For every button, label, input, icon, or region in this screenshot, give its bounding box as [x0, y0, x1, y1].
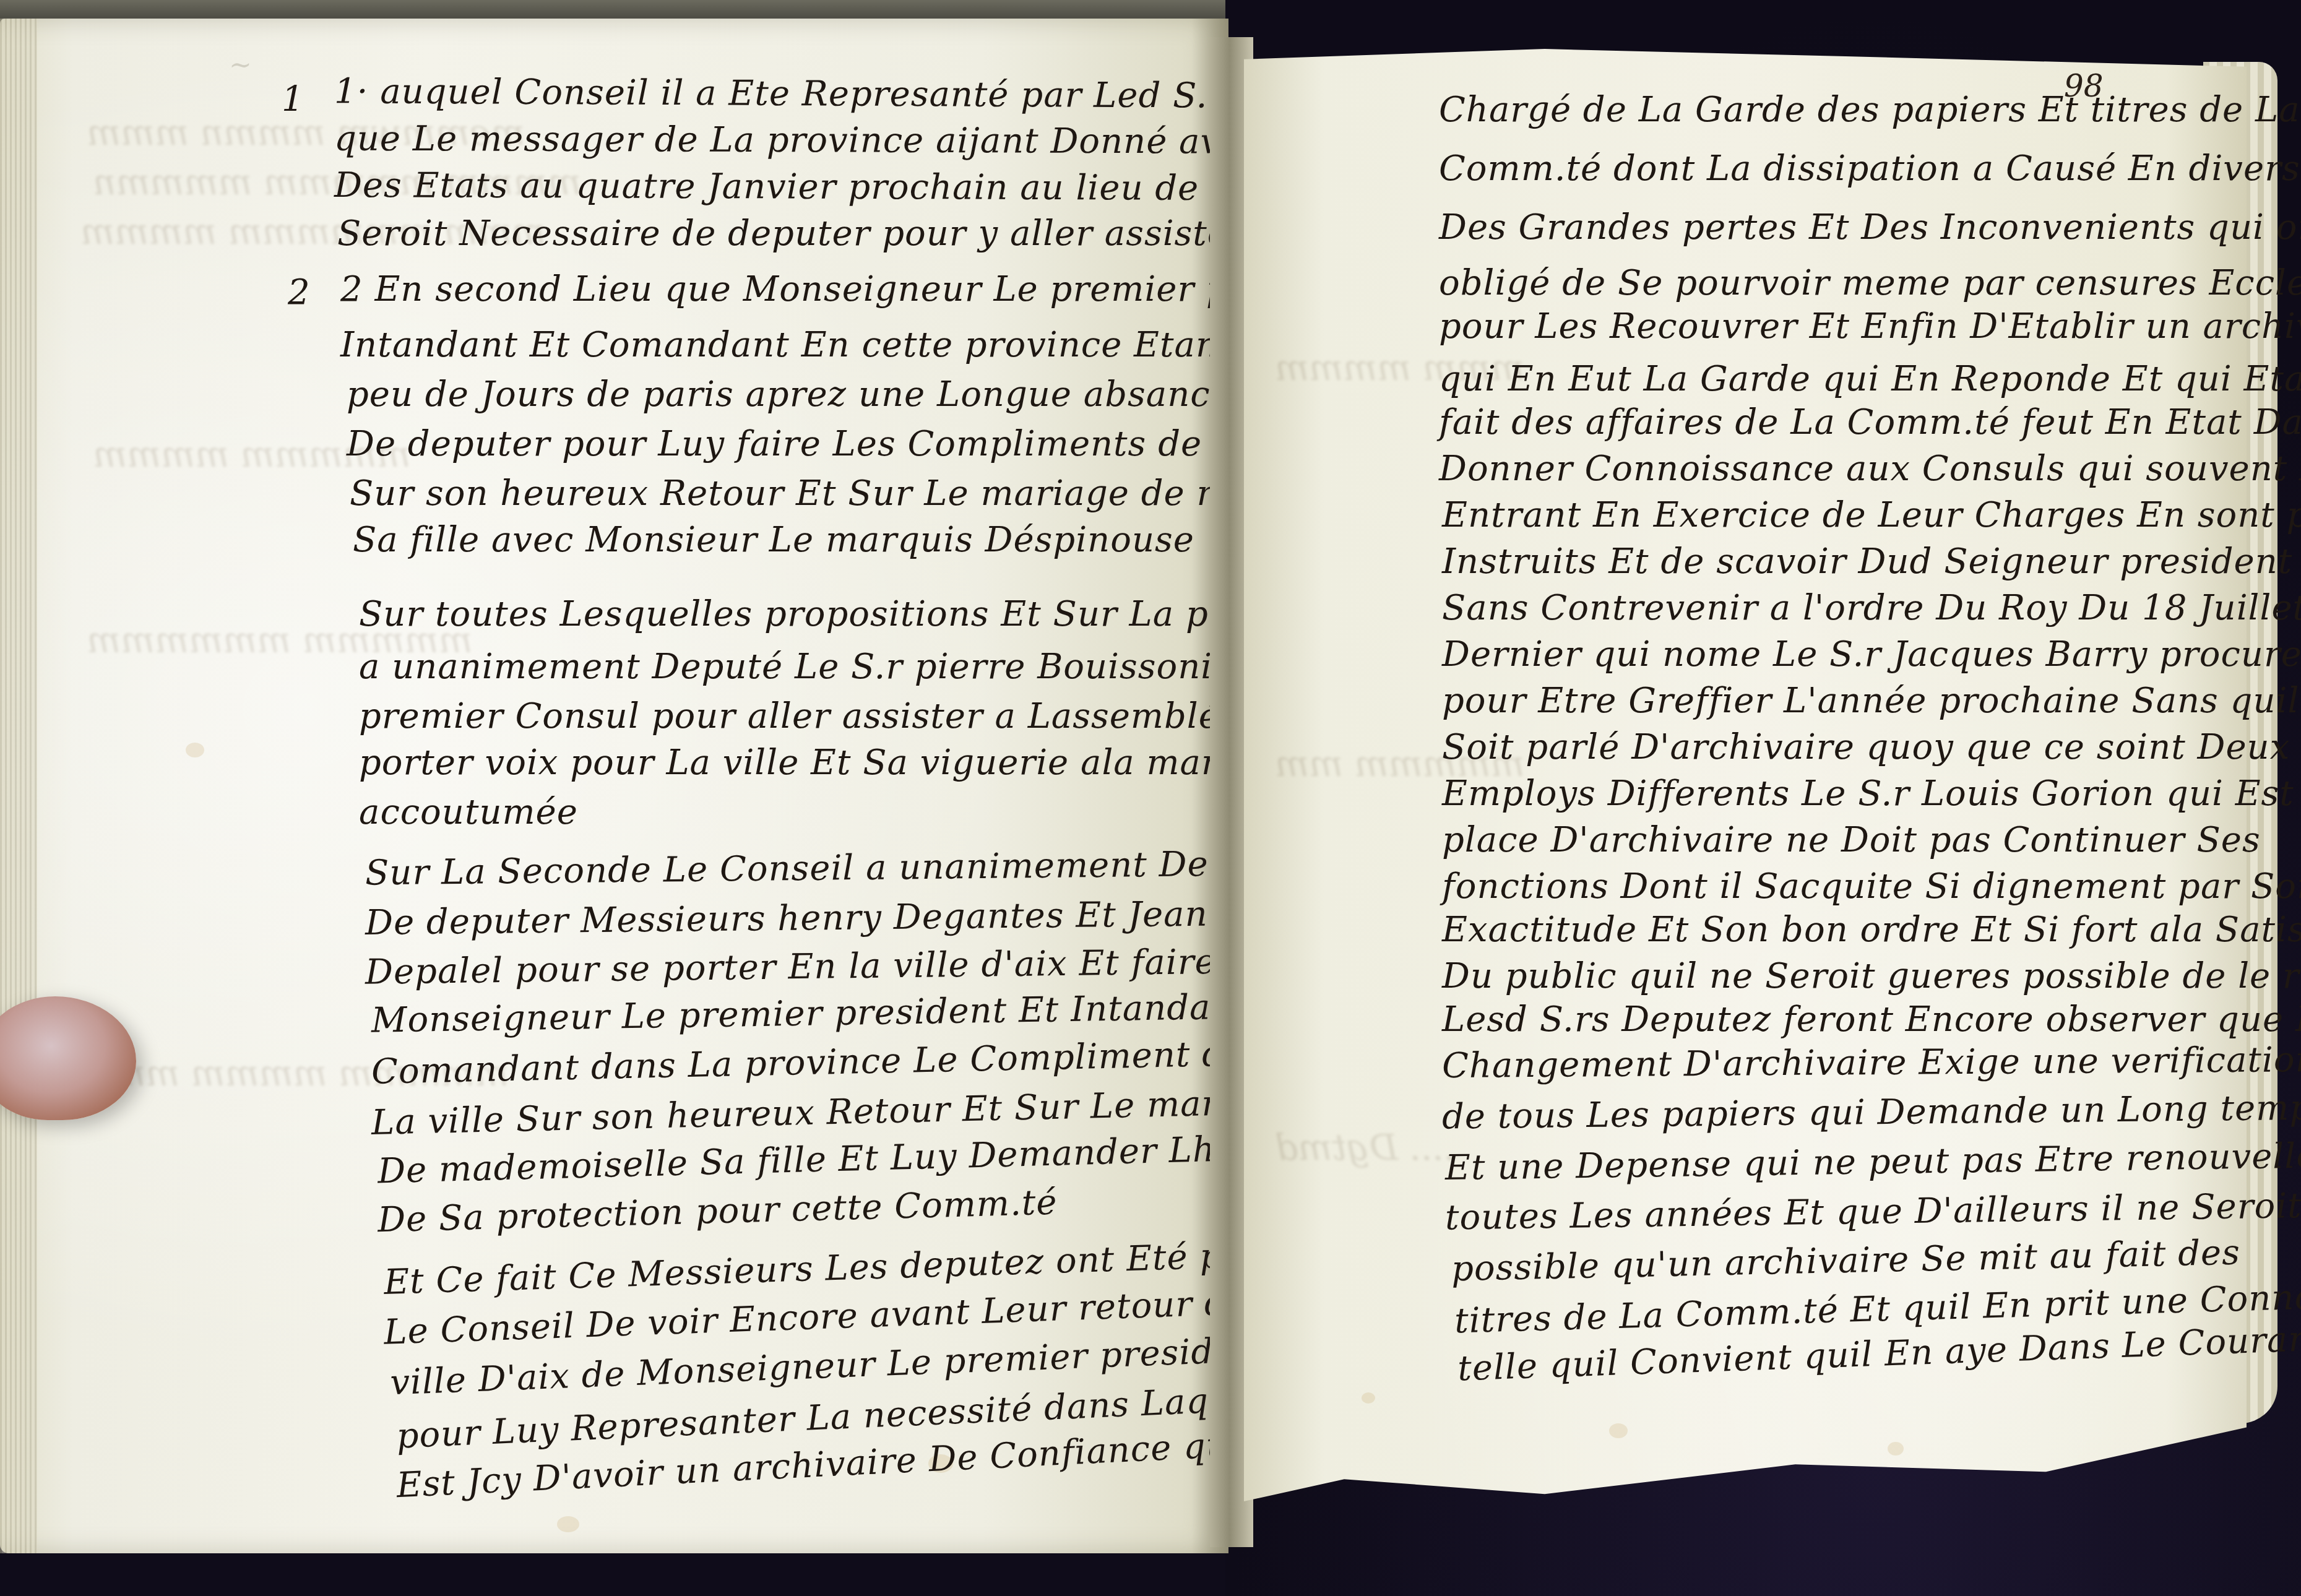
text-line: Exactitude Et Son bon ordre Et Si fort a…	[1442, 913, 2301, 947]
text-line: pour Les Recouvrer Et Enfin D'Etablir un…	[1439, 309, 2301, 344]
text-line: Chargé de La Garde des papiers Et titres…	[1439, 93, 2300, 127]
text-line: Instruits Et de scavoir Dud Seigneur pre…	[1442, 545, 2301, 579]
item-number-2: 2	[288, 272, 310, 313]
text-line: de tous Les papiers qui Demande un Long …	[1442, 1090, 2301, 1134]
text-line: fait des affaires de La Comm.té feut En …	[1439, 405, 2301, 440]
text-line: Entrant En Exercice de Leur Charges En s…	[1442, 498, 2301, 533]
text-line: Du public quil ne Seroit gueres possible…	[1442, 959, 2301, 994]
text-line: Lesd S.rs Deputez feront Encore observer…	[1442, 1003, 2301, 1037]
text-line: obligé de Se pourvoir meme par censures …	[1439, 266, 2301, 301]
text-line: Employs Differents Le S.r Louis Gorion q…	[1442, 777, 2301, 811]
text-line: place D'archivaire ne Doit pas Continuer…	[1442, 823, 2261, 858]
text-line: qui En Eut La Garde qui En Reponde Et qu…	[1439, 362, 2301, 397]
text-line: Soit parlé D'archivaire quoy que ce soin…	[1442, 730, 2301, 765]
text-line: fonctions Dont il Sacquite Si dignement …	[1442, 869, 2301, 904]
text-line: Depalel pour se porter En la ville d'aix…	[365, 944, 1249, 990]
foxing-spot	[1609, 1423, 1628, 1438]
item-number-1: 1	[282, 79, 304, 119]
text-line: Donner Connoissance aux Consuls qui souv…	[1439, 452, 2301, 486]
bleed-through-text: .... Dgtmd	[1275, 1126, 1455, 1168]
foxing-spot	[557, 1516, 579, 1532]
text-line: Sans Contrevenir a l'ordre Du Roy Du 18 …	[1442, 591, 2301, 626]
text-line: accoutumée	[359, 795, 578, 830]
text-line: Seroit Necessaire de deputer pour y alle…	[337, 217, 1246, 251]
left-page-corner-mark: ~	[229, 50, 252, 81]
text-line: Des Grandes pertes Et Des Inconvenients …	[1439, 210, 2301, 245]
text-line: Comm.té dont La dissipation a Causé En d…	[1439, 152, 2301, 186]
foxing-spot	[186, 743, 204, 757]
foxing-spot	[1362, 1392, 1375, 1404]
text-line: Sa fille avec Monsieur Le marquis Déspin…	[353, 523, 1194, 558]
text-line: Changement D'archivaire Exige une verifi…	[1442, 1043, 2301, 1084]
foxing-spot	[1888, 1442, 1904, 1456]
text-line: pour Etre Greffier L'année prochaine San…	[1442, 684, 2301, 718]
left-page-edges	[0, 19, 37, 1553]
text-line: porter voix pour La ville Et Sa viguerie…	[359, 746, 1342, 780]
text-line: Dernier qui nome Le S.r Jacques Barry pr…	[1442, 637, 2301, 672]
text-line: a unanimement Deputé Le S.r pierre Bouis…	[359, 650, 1314, 684]
